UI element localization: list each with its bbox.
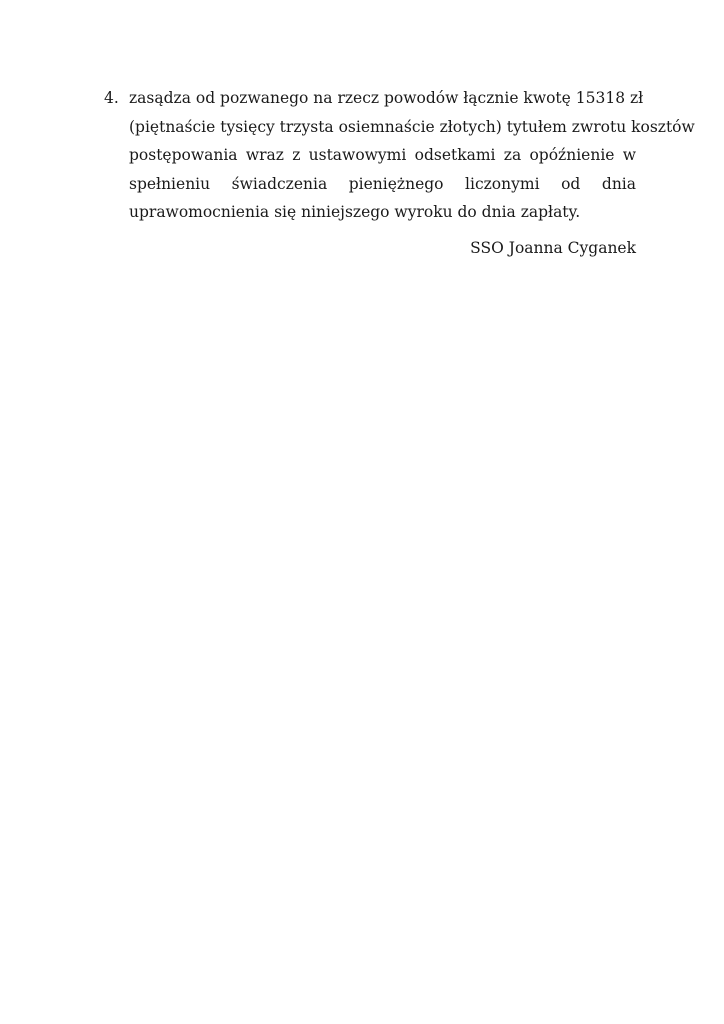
text-line: uprawomocnienia się niniejszego wyroku d… [129,198,636,227]
judge-signature: SSO Joanna Cyganek [470,236,636,260]
text-line: postępowania wraz z ustawowymi odsetkami… [129,141,636,170]
text-line: (piętnaście tysięcy trzysta osiemnaście … [129,113,636,142]
text-line: spełnieniu świadczenia pieniężnego liczo… [129,170,636,199]
item-text: zasądza od pozwanego na rzecz powodów łą… [129,84,636,227]
text-line: zasądza od pozwanego na rzecz powodów łą… [129,84,636,113]
document-page: 4. zasądza od pozwanego na rzecz powodów… [0,0,724,1024]
item-number: 4. [104,84,119,112]
